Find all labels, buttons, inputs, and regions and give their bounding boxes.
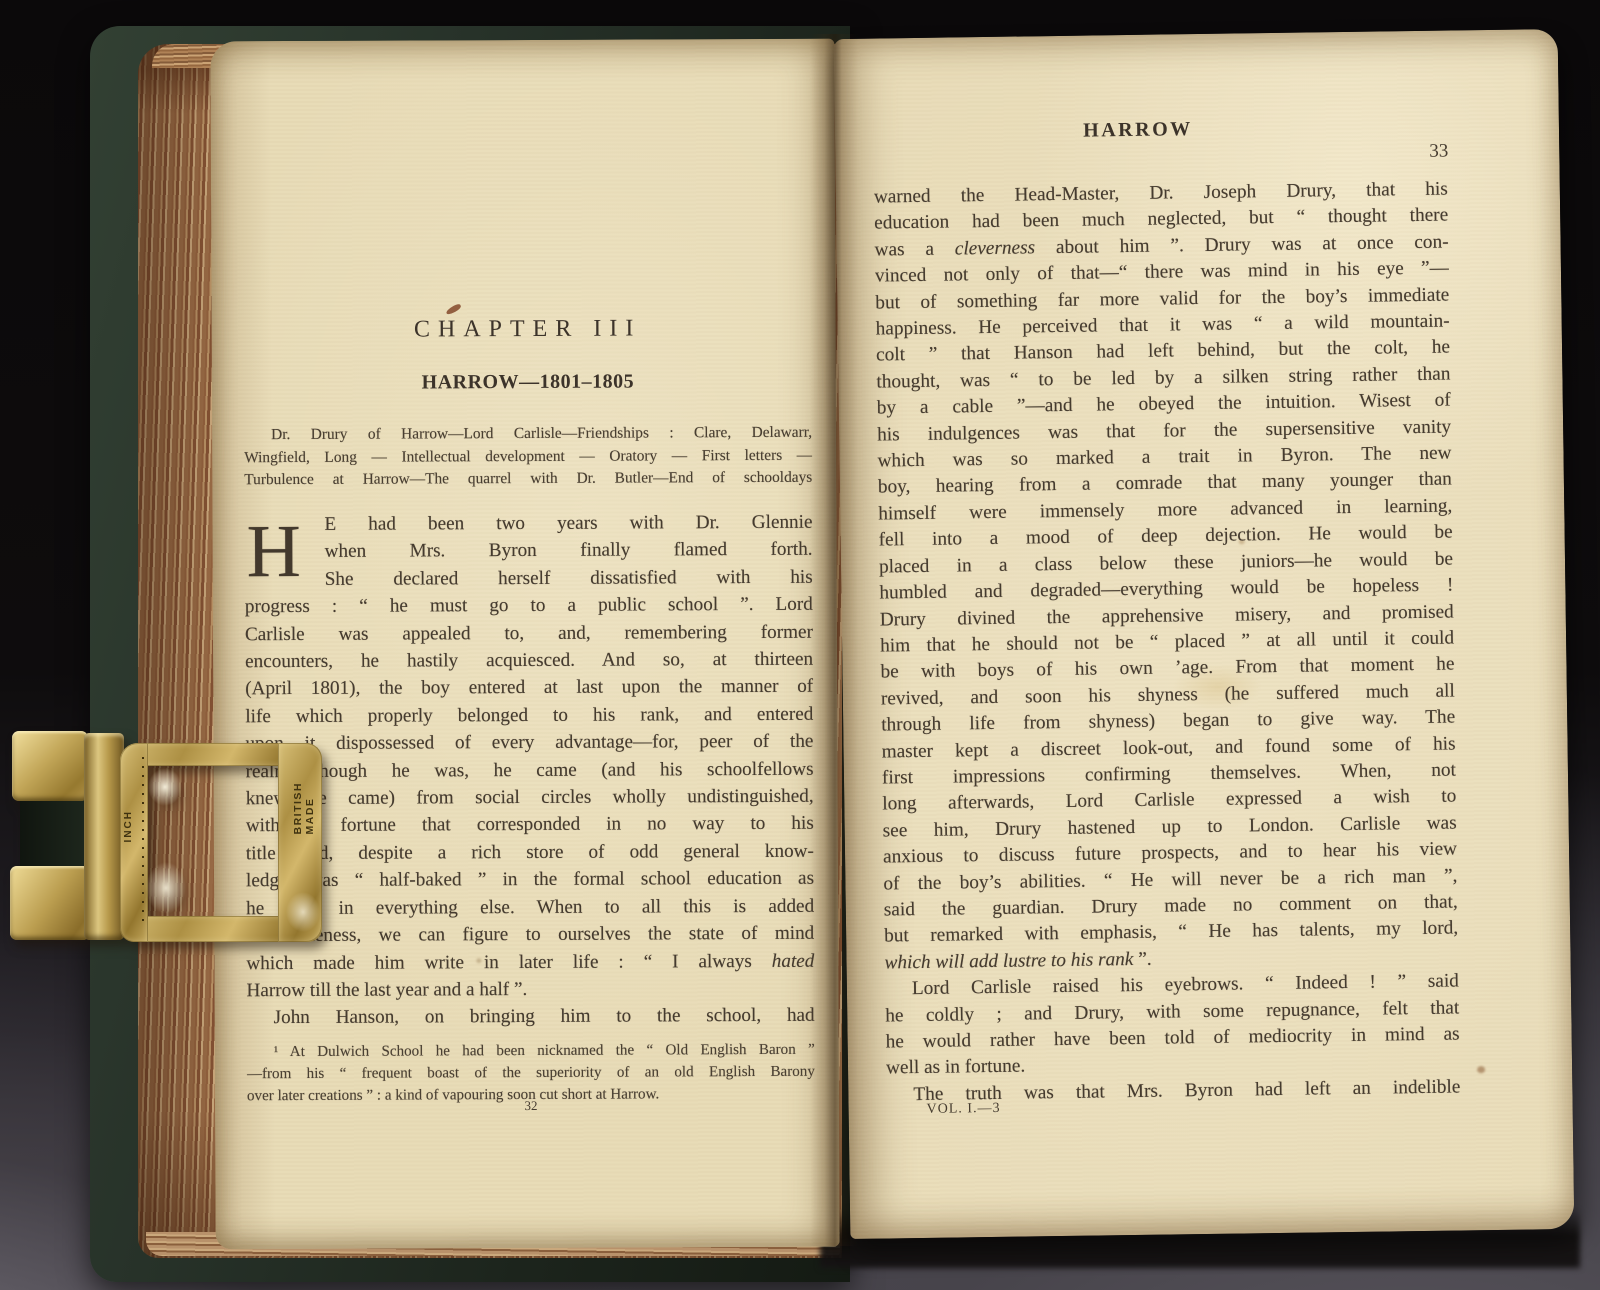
text-line: Carlisle was appealed to, and, rememberi… <box>245 618 813 648</box>
text-line: he was in everything else. When to all t… <box>246 892 814 922</box>
text-line: ledge, was “ half-baked ” in the formal … <box>246 865 814 895</box>
clasp-british-made-marking: BRITISH MADE <box>292 782 316 835</box>
foxing-spot <box>1477 1066 1485 1073</box>
clasp-bevel-glare <box>286 892 320 932</box>
clasp-frame-left-bar <box>120 743 148 942</box>
text-line: Wingfield, Long — Intellectual developme… <box>244 444 812 469</box>
text-line: ¹ At Dulwich School he had been nickname… <box>247 1039 815 1063</box>
clasp-hinge-block-top <box>12 731 88 801</box>
right-page-body: warned the Head-Master, Dr. Joseph Drury… <box>874 177 1461 1109</box>
text-line: realm though he was, he came (and his sc… <box>245 755 813 785</box>
clasp-hinge-gap <box>20 796 84 872</box>
clasp-hinge-bar <box>84 733 124 940</box>
text-line: Harrow till the last year and a half ”. <box>246 975 814 1005</box>
text-line: Dr. Drury of Harrow—Lord Carlisle—Friend… <box>244 422 812 447</box>
text-line: encounters, he hastily acquiesced. And s… <box>245 646 813 676</box>
clasp-hinge-block-bottom <box>10 866 90 940</box>
clasp-inch-marking: INCH <box>123 810 134 842</box>
text-line: John Hanson, on bringing him to the scho… <box>247 1002 815 1032</box>
left-page-body: E had been two years with Dr. Glenniewhe… <box>244 509 814 1032</box>
text-line: which made him write in later life : “ I… <box>246 947 814 977</box>
left-page: CHAPTER III HARROW—1801–1805 Dr. Drury o… <box>210 39 839 1250</box>
text-line: E had been two years with Dr. Glennie <box>244 509 812 539</box>
text-line: (April 1801), the boy entered at last up… <box>245 673 813 703</box>
right-page-number: 33 <box>1429 141 1448 163</box>
chapter-heading: CHAPTER III <box>244 315 812 344</box>
text-line: with a fortune that corresponded in no w… <box>246 810 814 840</box>
text-line: life which properly belonged to his rank… <box>245 701 813 731</box>
text-line: when Mrs. Byron finally flamed forth. <box>245 536 813 566</box>
text-line: She declared herself dissatisfied with h… <box>245 564 813 594</box>
volume-signature: VOL. I.—3 <box>927 1101 1001 1118</box>
paper-fleck <box>445 303 462 316</box>
text-line: title and, despite a rich store of odd g… <box>246 838 814 868</box>
left-page-number: 32 <box>247 1097 815 1115</box>
clasp-bevel-glare <box>146 862 186 914</box>
right-page: HARROW 33 warned the Head-Master, Dr. Jo… <box>834 29 1575 1239</box>
chapter-summary: Dr. Drury of Harrow—Lord Carlisle—Friend… <box>244 422 812 492</box>
text-line: progress : “ he must go to a public scho… <box>245 591 813 621</box>
running-head: HARROW <box>851 115 1425 146</box>
text-line: his lameness, we can figure to ourselves… <box>246 920 814 950</box>
chapter-subtitle: HARROW—1801–1805 <box>244 370 812 395</box>
text-line: upon it dispossessed of every advantage—… <box>245 728 813 758</box>
text-line: —from his “ frequent boast of the superi… <box>247 1061 815 1085</box>
text-line: knew he came) from social circles wholly… <box>246 783 814 813</box>
clasp-bevel-glare <box>148 768 182 806</box>
photo-of-open-book: CHAPTER III HARROW—1801–1805 Dr. Drury o… <box>0 0 1600 1290</box>
text-line: Turbulence at Harrow—The quarrel with Dr… <box>244 467 812 492</box>
